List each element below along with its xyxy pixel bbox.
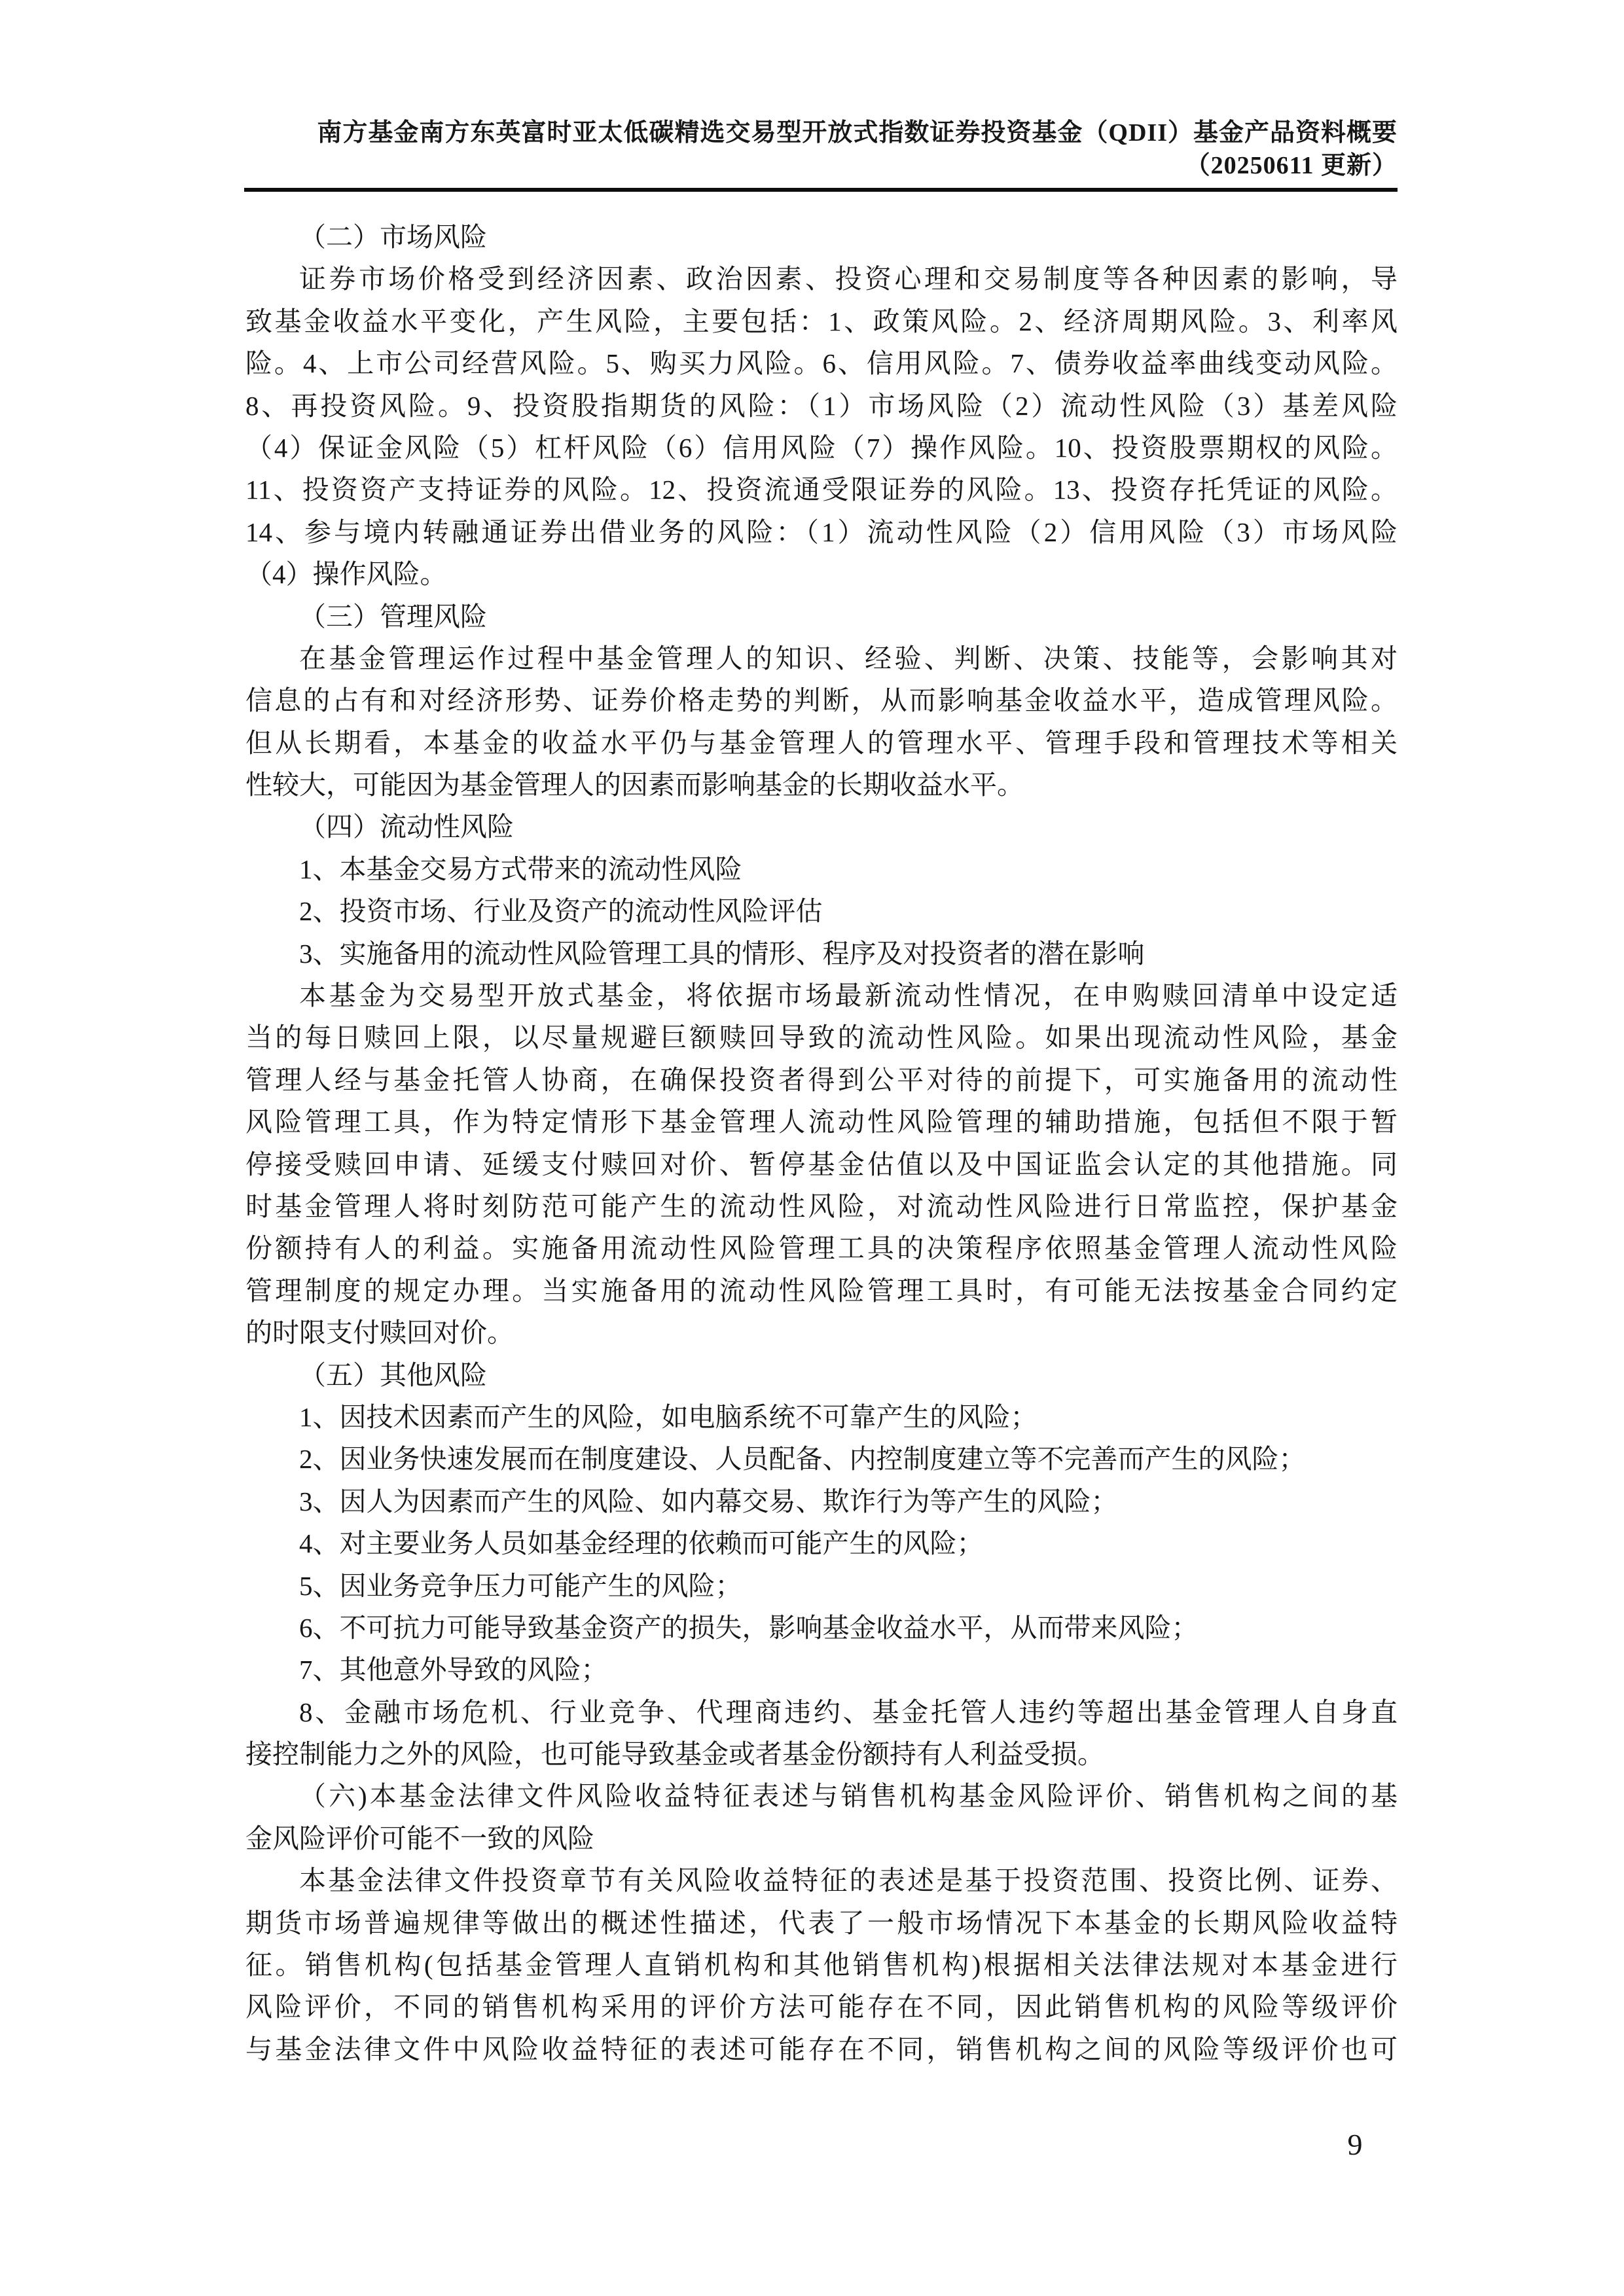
body-line: 接控制能力之外的风险，也可能导致基金或者基金份额持有人利益受损。 [245, 1733, 1398, 1775]
body-line: 2、投资市场、行业及资产的流动性风险评估 [245, 890, 1398, 932]
body-line: 5、因业务竞争压力可能产生的风险； [245, 1565, 1398, 1607]
body-line: 2、因业务快速发展而在制度建设、人员配备、内控制度建立等不完善而产生的风险； [245, 1438, 1398, 1480]
body-line: （二）市场风险 [245, 216, 1398, 258]
body-line: 金风险评价可能不一致的风险 [245, 1818, 1398, 1859]
body-line: 时基金管理人将时刻防范可能产生的流动性风险，对流动性风险进行日常监控，保护基金 [245, 1185, 1398, 1227]
body-line: （五）其他风险 [245, 1354, 1398, 1396]
body-line: （4）保证金风险（5）杠杆风险（6）信用风险（7）操作风险。10、投资股票期权的… [245, 427, 1398, 469]
body-line: （四）流动性风险 [245, 806, 1398, 848]
body-line: 4、对主要业务人员如基金经理的依赖而可能产生的风险； [245, 1522, 1398, 1564]
body-line: 期货市场普遍规律等做出的概述性描述，代表了一般市场情况下本基金的长期风险收益特 [245, 1902, 1398, 1944]
body-line: 8、再投资风险。9、投资股指期货的风险：（1）市场风险（2）流动性风险（3）基差… [245, 385, 1398, 427]
body-line: 7、其他意外导致的风险； [245, 1649, 1398, 1691]
body-line: 11、投资资产支持证券的风险。12、投资流通受限证券的风险。13、投资存托凭证的… [245, 469, 1398, 511]
body-line: 管理制度的规定办理。当实施备用的流动性风险管理工具时，有可能无法按基金合同约定 [245, 1270, 1398, 1312]
body-line: 险。4、上市公司经营风险。5、购买力风险。6、信用风险。7、债券收益率曲线变动风… [245, 342, 1398, 384]
body-line: 征。销售机构(包括基金管理人直销机构和其他销售机构)根据相关法律法规对本基金进行 [245, 1944, 1398, 1986]
body-line: 本基金为交易型开放式基金，将依据市场最新流动性情况，在申购赎回清单中设定适 [245, 975, 1398, 1016]
body-line: 本基金法律文件投资章节有关风险收益特征的表述是基于投资范围、投资比例、证券、 [245, 1859, 1398, 1901]
body-line: 性较大，可能因为基金管理人的因素而影响基金的长期收益水平。 [245, 764, 1398, 806]
body-line: 与基金法律文件中风险收益特征的表述可能存在不同，销售机构之间的风险等级评价也可 [245, 2028, 1398, 2070]
body-line: 停接受赎回申请、延缓支付赎回对价、暂停基金估值以及中国证监会认定的其他措施。同 [245, 1143, 1398, 1185]
body-line: 1、本基金交易方式带来的流动性风险 [245, 848, 1398, 890]
body-line: 风险评价，不同的销售机构采用的评价方法可能存在不同，因此销售机构的风险等级评价 [245, 1986, 1398, 2028]
document-body: （二）市场风险证券市场价格受到经济因素、政治因素、投资心理和交易制度等各种因素的… [245, 216, 1398, 2070]
header-divider [244, 188, 1398, 192]
body-line: 当的每日赎回上限，以尽量规避巨额赎回导致的流动性风险。如果出现流动性风险，基金 [245, 1016, 1398, 1058]
body-line: 在基金管理运作过程中基金管理人的知识、经验、判断、决策、技能等，会影响其对 [245, 637, 1398, 679]
body-line: 致基金收益水平变化，产生风险，主要包括：1、政策风险。2、经济周期风险。3、利率… [245, 300, 1398, 342]
body-line: 管理人经与基金托管人协商，在确保投资者得到公平对待的前提下，可实施备用的流动性 [245, 1059, 1398, 1101]
body-line: 3、因人为因素而产生的风险、如内幕交易、欺诈行为等产生的风险； [245, 1480, 1398, 1522]
body-line: 的时限支付赎回对价。 [245, 1312, 1398, 1354]
body-line: 6、不可抗力可能导致基金资产的损失，影响基金收益水平，从而带来风险； [245, 1607, 1398, 1649]
document-update-date: （20250611 更新） [244, 149, 1398, 182]
body-line: 但从长期看，本基金的收益水平仍与基金管理人的管理水平、管理手段和管理技术等相关 [245, 722, 1398, 764]
document-header: 南方基金南方东英富时亚太低碳精选交易型开放式指数证券投资基金（QDII）基金产品… [244, 117, 1398, 182]
page-number: 9 [1335, 2128, 1375, 2161]
body-line: 信息的占有和对经济形势、证券价格走势的判断，从而影响基金收益水平，造成管理风险。 [245, 679, 1398, 721]
body-line: （4）操作风险。 [245, 553, 1398, 595]
body-line: 3、实施备用的流动性风险管理工具的情形、程序及对投资者的潜在影响 [245, 933, 1398, 975]
body-line: 14、参与境内转融通证券出借业务的风险：（1）流动性风险（2）信用风险（3）市场… [245, 511, 1398, 553]
body-line: （六)本基金法律文件风险收益特征表述与销售机构基金风险评价、销售机构之间的基 [245, 1775, 1398, 1817]
body-line: 风险管理工具，作为特定情形下基金管理人流动性风险管理的辅助措施，包括但不限于暂 [245, 1101, 1398, 1143]
body-line: （三）管理风险 [245, 596, 1398, 637]
body-line: 份额持有人的利益。实施备用流动性风险管理工具的决策程序依照基金管理人流动性风险 [245, 1227, 1398, 1269]
document-page: 南方基金南方东英富时亚太低碳精选交易型开放式指数证券投资基金（QDII）基金产品… [0, 0, 1624, 2296]
body-line: 8、金融市场危机、行业竞争、代理商违约、基金托管人违约等超出基金管理人自身直 [245, 1691, 1398, 1733]
body-line: 1、因技术因素而产生的风险，如电脑系统不可靠产生的风险； [245, 1396, 1398, 1438]
body-line: 证券市场价格受到经济因素、政治因素、投资心理和交易制度等各种因素的影响，导 [245, 258, 1398, 300]
document-title: 南方基金南方东英富时亚太低碳精选交易型开放式指数证券投资基金（QDII）基金产品… [244, 117, 1398, 149]
